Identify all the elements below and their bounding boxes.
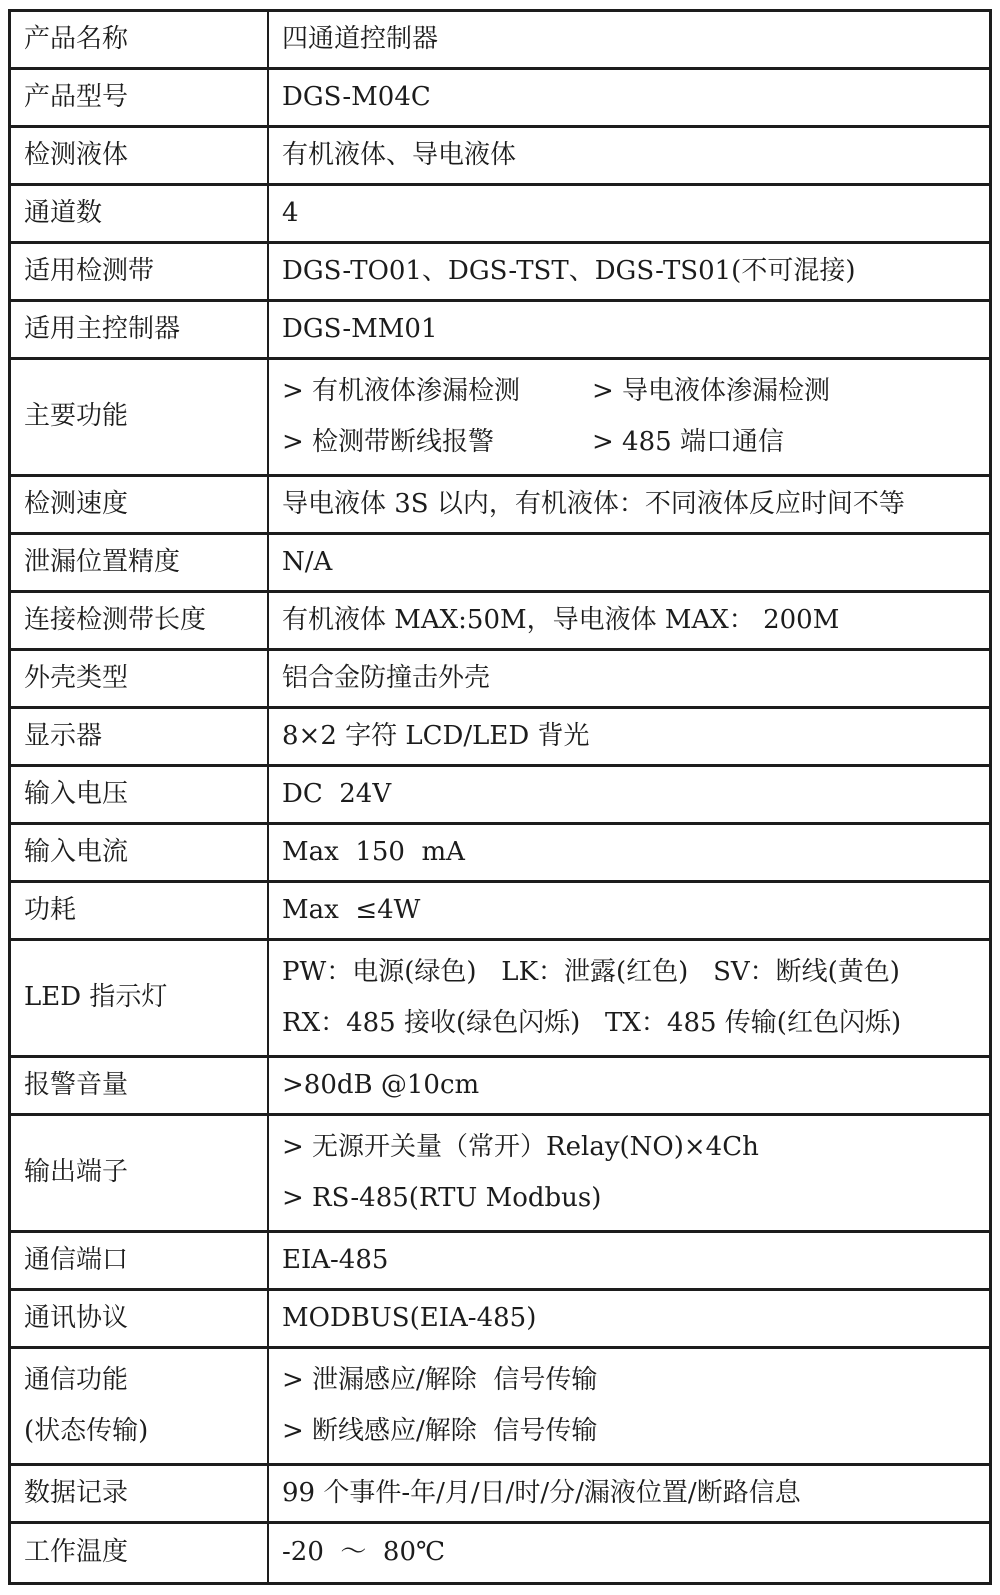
value-input-voltage: DC 24V — [269, 767, 989, 822]
value-main-functions: > 有机液体渗漏检测 > 导电液体渗漏检测 > 检测带断线报警 > 485 端口… — [269, 360, 989, 474]
output-terminals-line-1: > 无源开关量（常开）Relay(NO)×4Ch — [282, 1133, 981, 1163]
spec-row-comm-protocol: 通讯协议 MODBUS(EIA-485) — [11, 1291, 989, 1349]
comm-functions-line-2: > 断线感应/解除 信号传输 — [282, 1417, 981, 1447]
value-display: 8×2 字符 LCD/LED 背光 — [269, 709, 989, 764]
label-input-current: 输入电流 — [11, 825, 269, 880]
label-comm-port: 通信端口 — [11, 1233, 269, 1288]
spec-row-compatible-sensing-cables: 适用检测带 DGS-TO01、DGS-TST、DGS-TS01(不可混接) — [11, 244, 989, 302]
spec-row-enclosure-type: 外壳类型 铝合金防撞击外壳 — [11, 651, 989, 709]
value-power-consumption: Max ≤4W — [269, 883, 989, 938]
spec-row-display: 显示器 8×2 字符 LCD/LED 背光 — [11, 709, 989, 767]
spec-row-channel-count: 通道数 4 — [11, 186, 989, 244]
value-compatible-sensing-cables: DGS-TO01、DGS-TST、DGS-TS01(不可混接) — [269, 244, 989, 299]
label-enclosure-type: 外壳类型 — [11, 651, 269, 706]
value-output-terminals: > 无源开关量（常开）Relay(NO)×4Ch > RS-485(RTU Mo… — [269, 1116, 989, 1230]
value-comm-port: EIA-485 — [269, 1233, 989, 1288]
value-input-current: Max 150 mA — [269, 825, 989, 880]
spec-row-power-consumption: 功耗 Max ≤4W — [11, 883, 989, 941]
comm-function-leak-signal: > 泄漏感应/解除 信号传输 — [282, 1366, 597, 1396]
value-leak-position-accuracy: N/A — [269, 535, 989, 590]
main-functions-line-1: > 有机液体渗漏检测 > 导电液体渗漏检测 — [282, 377, 981, 407]
value-led-indicators: PW：电源(绿色) LK：泄露(红色) SV：断线(黄色) RX：485 接收(… — [269, 941, 989, 1055]
label-data-logging: 数据记录 — [11, 1466, 269, 1521]
spec-row-model-number: 产品型号 DGS-M04C — [11, 70, 989, 128]
label-leak-position-accuracy: 泄漏位置精度 — [11, 535, 269, 590]
main-function-organic-leak: > 有机液体渗漏检测 — [282, 377, 592, 407]
label-detected-liquids: 检测液体 — [11, 128, 269, 183]
spec-row-output-terminals: 输出端子 > 无源开关量（常开）Relay(NO)×4Ch > RS-485(R… — [11, 1116, 989, 1233]
label-max-cable-length: 连接检测带长度 — [11, 593, 269, 648]
label-output-terminals: 输出端子 — [11, 1116, 269, 1230]
value-detected-liquids: 有机液体、导电液体 — [269, 128, 989, 183]
spec-row-leak-position-accuracy: 泄漏位置精度 N/A — [11, 535, 989, 593]
value-channel-count: 4 — [269, 186, 989, 241]
label-comm-functions-line-2: (状态传输) — [24, 1417, 148, 1447]
spec-row-input-voltage: 输入电压 DC 24V — [11, 767, 989, 825]
label-compatible-master-controller: 适用主控制器 — [11, 302, 269, 357]
spec-row-alarm-volume: 报警音量 >80dB @10cm — [11, 1058, 989, 1116]
label-power-consumption: 功耗 — [11, 883, 269, 938]
spec-row-detection-speed: 检测速度 导电液体 3S 以内，有机液体：不同液体反应时间不等 — [11, 477, 989, 535]
label-alarm-volume: 报警音量 — [11, 1058, 269, 1113]
value-compatible-master-controller: DGS-MM01 — [269, 302, 989, 357]
value-max-cable-length: 有机液体 MAX:50M，导电液体 MAX： 200M — [269, 593, 989, 648]
spec-row-max-cable-length: 连接检测带长度 有机液体 MAX:50M，导电液体 MAX： 200M — [11, 593, 989, 651]
value-operating-temperature: -20 ～ 80℃ — [269, 1524, 989, 1582]
product-spec-table: 产品名称 四通道控制器 产品型号 DGS-M04C 检测液体 有机液体、导电液体… — [8, 9, 992, 1585]
spec-row-product-name: 产品名称 四通道控制器 — [11, 12, 989, 70]
value-comm-functions: > 泄漏感应/解除 信号传输 > 断线感应/解除 信号传输 — [269, 1349, 989, 1463]
label-detection-speed: 检测速度 — [11, 477, 269, 532]
led-rx-tx: RX：485 接收(绿色闪烁) TX：485 传输(红色闪烁) — [282, 1009, 901, 1039]
label-comm-functions-line-1: 通信功能 — [24, 1366, 128, 1396]
label-channel-count: 通道数 — [11, 186, 269, 241]
value-product-name: 四通道控制器 — [269, 12, 989, 67]
label-display: 显示器 — [11, 709, 269, 764]
comm-function-break-signal: > 断线感应/解除 信号传输 — [282, 1417, 597, 1447]
output-relay: > 无源开关量（常开）Relay(NO)×4Ch — [282, 1133, 759, 1163]
value-data-logging: 99 个事件-年/月/日/时/分/漏液位置/断路信息 — [269, 1466, 989, 1521]
label-model-number: 产品型号 — [11, 70, 269, 125]
spec-row-operating-temperature: 工作温度 -20 ～ 80℃ — [11, 1524, 989, 1582]
spec-row-comm-port: 通信端口 EIA-485 — [11, 1233, 989, 1291]
main-function-cable-break-alarm: > 检测带断线报警 — [282, 428, 592, 458]
led-indicators-line-1: PW：电源(绿色) LK：泄露(红色) SV：断线(黄色) — [282, 958, 981, 988]
main-functions-line-2: > 检测带断线报警 > 485 端口通信 — [282, 428, 981, 458]
label-input-voltage: 输入电压 — [11, 767, 269, 822]
spec-row-data-logging: 数据记录 99 个事件-年/月/日/时/分/漏液位置/断路信息 — [11, 1466, 989, 1524]
value-model-number: DGS-M04C — [269, 70, 989, 125]
value-enclosure-type: 铝合金防撞击外壳 — [269, 651, 989, 706]
output-rs485: > RS-485(RTU Modbus) — [282, 1184, 601, 1214]
spec-row-main-functions: 主要功能 > 有机液体渗漏检测 > 导电液体渗漏检测 > 检测带断线报警 > 4… — [11, 360, 989, 477]
value-alarm-volume: >80dB @10cm — [269, 1058, 989, 1113]
main-function-485-port-comm: > 485 端口通信 — [592, 428, 784, 458]
label-main-functions: 主要功能 — [11, 360, 269, 474]
spec-row-detected-liquids: 检测液体 有机液体、导电液体 — [11, 128, 989, 186]
led-indicators-line-2: RX：485 接收(绿色闪烁) TX：485 传输(红色闪烁) — [282, 1009, 981, 1039]
value-detection-speed: 导电液体 3S 以内，有机液体：不同液体反应时间不等 — [269, 477, 989, 532]
label-product-name: 产品名称 — [11, 12, 269, 67]
comm-functions-line-1: > 泄漏感应/解除 信号传输 — [282, 1366, 981, 1396]
main-function-conductive-leak: > 导电液体渗漏检测 — [592, 377, 830, 407]
label-led-indicators: LED 指示灯 — [11, 941, 269, 1055]
spec-row-led-indicators: LED 指示灯 PW：电源(绿色) LK：泄露(红色) SV：断线(黄色) RX… — [11, 941, 989, 1058]
value-comm-protocol: MODBUS(EIA-485) — [269, 1291, 989, 1346]
label-compatible-sensing-cables: 适用检测带 — [11, 244, 269, 299]
output-terminals-line-2: > RS-485(RTU Modbus) — [282, 1184, 981, 1214]
led-pw-lk-sv: PW：电源(绿色) LK：泄露(红色) SV：断线(黄色) — [282, 958, 900, 988]
label-operating-temperature: 工作温度 — [11, 1524, 269, 1582]
spec-row-input-current: 输入电流 Max 150 mA — [11, 825, 989, 883]
spec-row-compatible-master-controller: 适用主控制器 DGS-MM01 — [11, 302, 989, 360]
label-comm-protocol: 通讯协议 — [11, 1291, 269, 1346]
label-comm-functions: 通信功能 (状态传输) — [11, 1349, 269, 1463]
spec-row-comm-functions: 通信功能 (状态传输) > 泄漏感应/解除 信号传输 > 断线感应/解除 信号传… — [11, 1349, 989, 1466]
